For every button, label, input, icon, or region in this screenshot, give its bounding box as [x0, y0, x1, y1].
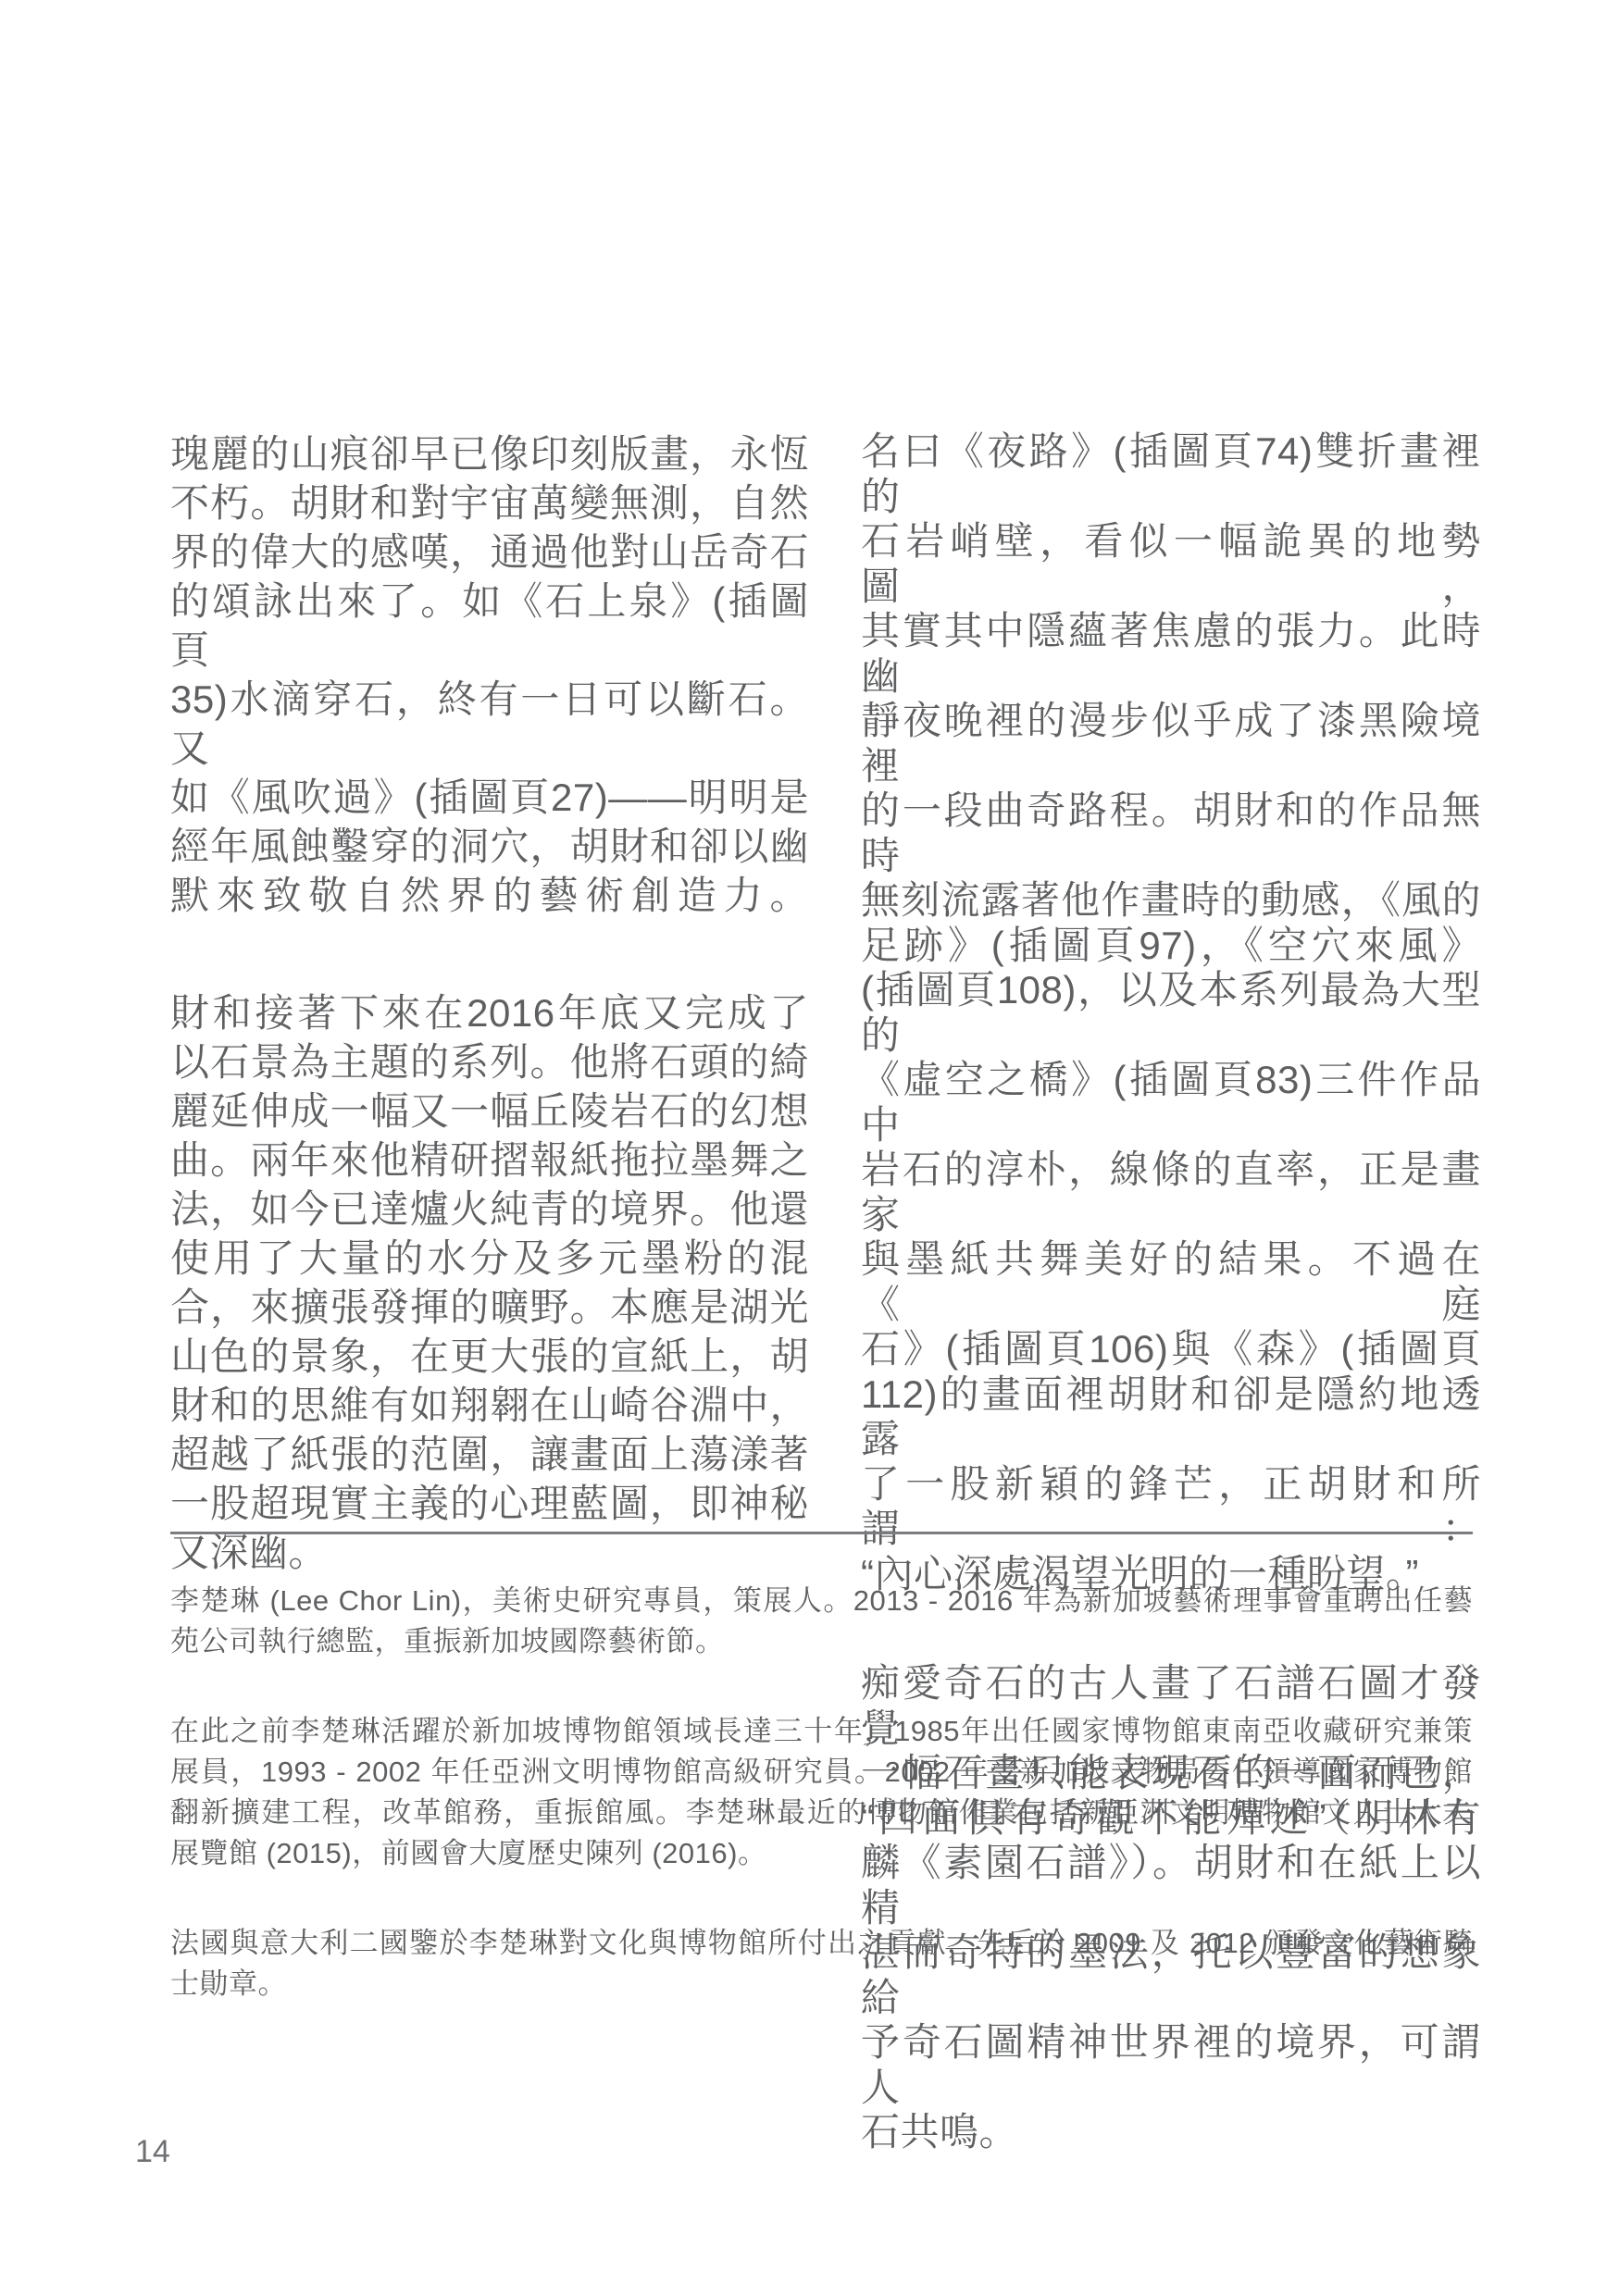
- text-line: 石》(插圖頁106)與《森》(插圖頁: [861, 1327, 1481, 1372]
- paragraph: 在此之前李楚琳活躍於新加坡博物館領域長達三十年，1985年出任國家博物館東南亞收…: [170, 1711, 1473, 1874]
- text-line: 展覽館 (2015)，前國會大廈歷史陳列 (2016)。: [170, 1833, 1473, 1874]
- text-line: 的一段曲奇路程。胡財和的作品無時: [861, 788, 1481, 878]
- text-line: 山色的景象，在更大張的宣紙上，胡: [170, 1332, 809, 1381]
- text-line: 石共鳴。: [861, 2110, 1481, 2155]
- text-line: 以石景為主題的系列。他將石頭的綺: [170, 1037, 809, 1086]
- text-line: 財和的思維有如翔翱在山崎谷淵中，: [170, 1381, 809, 1430]
- text-line: 法，如今已達爐火純青的境界。他還: [170, 1185, 809, 1234]
- text-line: 展員，1993 - 2002 年任亞洲文明博物館高級研究員。2002 年受新加坡…: [170, 1752, 1473, 1793]
- document-page: 瑰麗的山痕卻早已像印刻版畫，永恆不朽。胡財和對宇宙萬變無測，自然界的偉大的感嘆，…: [0, 0, 1619, 2296]
- text-line: 翻新擴建工程，改革館務，重振館風。李楚琳最近的博物館作業包括新亞洲文明博物館文人…: [170, 1793, 1473, 1833]
- text-line: 的頌詠出來了。如《石上泉》(插圖頁: [170, 577, 809, 675]
- paragraph: 財和接著下來在2016年底又完成了以石景為主題的系列。他將石頭的綺麗延伸成一幅又…: [170, 988, 809, 1577]
- text-line: 經年風蝕鑿穿的洞穴，胡財和卻以幽: [170, 822, 809, 871]
- text-line: 苑公司執行總監，重振新加坡國際藝術節。: [170, 1621, 1473, 1662]
- text-line: 又深幽。: [170, 1528, 809, 1577]
- text-line: 一股超現實主義的心理藍圖，即神秘: [170, 1479, 809, 1528]
- text-line: (插圖頁108)，以及本系列最為大型的: [861, 968, 1481, 1058]
- footer-bio: 李楚琳 (Lee Chor Lin)，美術史研究專員，策展人。2013 - 20…: [170, 1581, 1473, 2054]
- footer-divider: [170, 1532, 1473, 1534]
- text-line: 法國與意大利二國鑒於李楚琳對文化與博物館所付出之貢獻，先后於 2009 及 20…: [170, 1923, 1473, 1964]
- paragraph: 名曰《夜路》(插圖頁74)雙折畫裡的石岩峭壁，看似一幅詭異的地勢圖，其實其中隱蘊…: [861, 429, 1481, 1596]
- text-line: 岩石的淳朴，線條的直率，正是畫家: [861, 1148, 1481, 1237]
- text-line: 與墨紙共舞美好的結果。不過在《庭: [861, 1237, 1481, 1327]
- paragraph: 李楚琳 (Lee Chor Lin)，美術史研究專員，策展人。2013 - 20…: [170, 1581, 1473, 1662]
- text-line: 界的偉大的感嘆，通過他對山岳奇石: [170, 527, 809, 577]
- text-line: 無刻流露著他作畫時的動感，《風的: [861, 878, 1481, 924]
- text-line: 李楚琳 (Lee Chor Lin)，美術史研究專員，策展人。2013 - 20…: [170, 1581, 1473, 1621]
- text-line: 財和接著下來在2016年底又完成了: [170, 988, 809, 1037]
- text-line: 使用了大量的水分及多元墨粉的混: [170, 1234, 809, 1283]
- text-line: 石岩峭壁，看似一幅詭異的地勢圖，: [861, 519, 1481, 609]
- text-line: 超越了紙張的范圍，讓畫面上蕩漾著: [170, 1430, 809, 1479]
- text-line: 名曰《夜路》(插圖頁74)雙折畫裡的: [861, 429, 1481, 519]
- paragraph: 法國與意大利二國鑒於李楚琳對文化與博物館所付出之貢獻，先后於 2009 及 20…: [170, 1923, 1473, 2004]
- text-line: 在此之前李楚琳活躍於新加坡博物館領域長達三十年，1985年出任國家博物館東南亞收…: [170, 1711, 1473, 1752]
- text-line: 112)的畫面裡胡財和卻是隱約地透露: [861, 1372, 1481, 1462]
- text-line: 《虛空之橋》(插圖頁83)三件作品中: [861, 1058, 1481, 1148]
- page-number: 14: [135, 2133, 170, 2170]
- text-line: 合，來擴張發揮的曠野。本應是湖光: [170, 1283, 809, 1332]
- text-line: 足跡》(插圖頁97)，《空穴來風》: [861, 924, 1481, 969]
- text-line: 其實其中隱蘊著焦慮的張力。此時幽: [861, 609, 1481, 699]
- text-line: 了一股新穎的鋒芒，正胡財和所謂：: [861, 1462, 1481, 1552]
- text-line: 靜夜晚裡的漫步似乎成了漆黑險境裡: [861, 699, 1481, 788]
- paragraph: 瑰麗的山痕卻早已像印刻版畫，永恆不朽。胡財和對宇宙萬變無測，自然界的偉大的感嘆，…: [170, 429, 809, 920]
- text-line: 默來致敬自然界的藝術創造力。: [170, 871, 809, 920]
- text-line: 不朽。胡財和對宇宙萬變無測，自然: [170, 478, 809, 527]
- text-line: 瑰麗的山痕卻早已像印刻版畫，永恆: [170, 429, 809, 478]
- text-line: 士勛章。: [170, 1964, 1473, 2004]
- text-line: 曲。兩年來他精研摺報紙拖拉墨舞之: [170, 1136, 809, 1185]
- text-line: 麗延伸成一幅又一幅丘陵岩石的幻想: [170, 1086, 809, 1136]
- text-line: 35)水滴穿石，終有一日可以斷石。又: [170, 675, 809, 773]
- text-line: 如《風吹過》(插圖頁27)——明明是: [170, 773, 809, 822]
